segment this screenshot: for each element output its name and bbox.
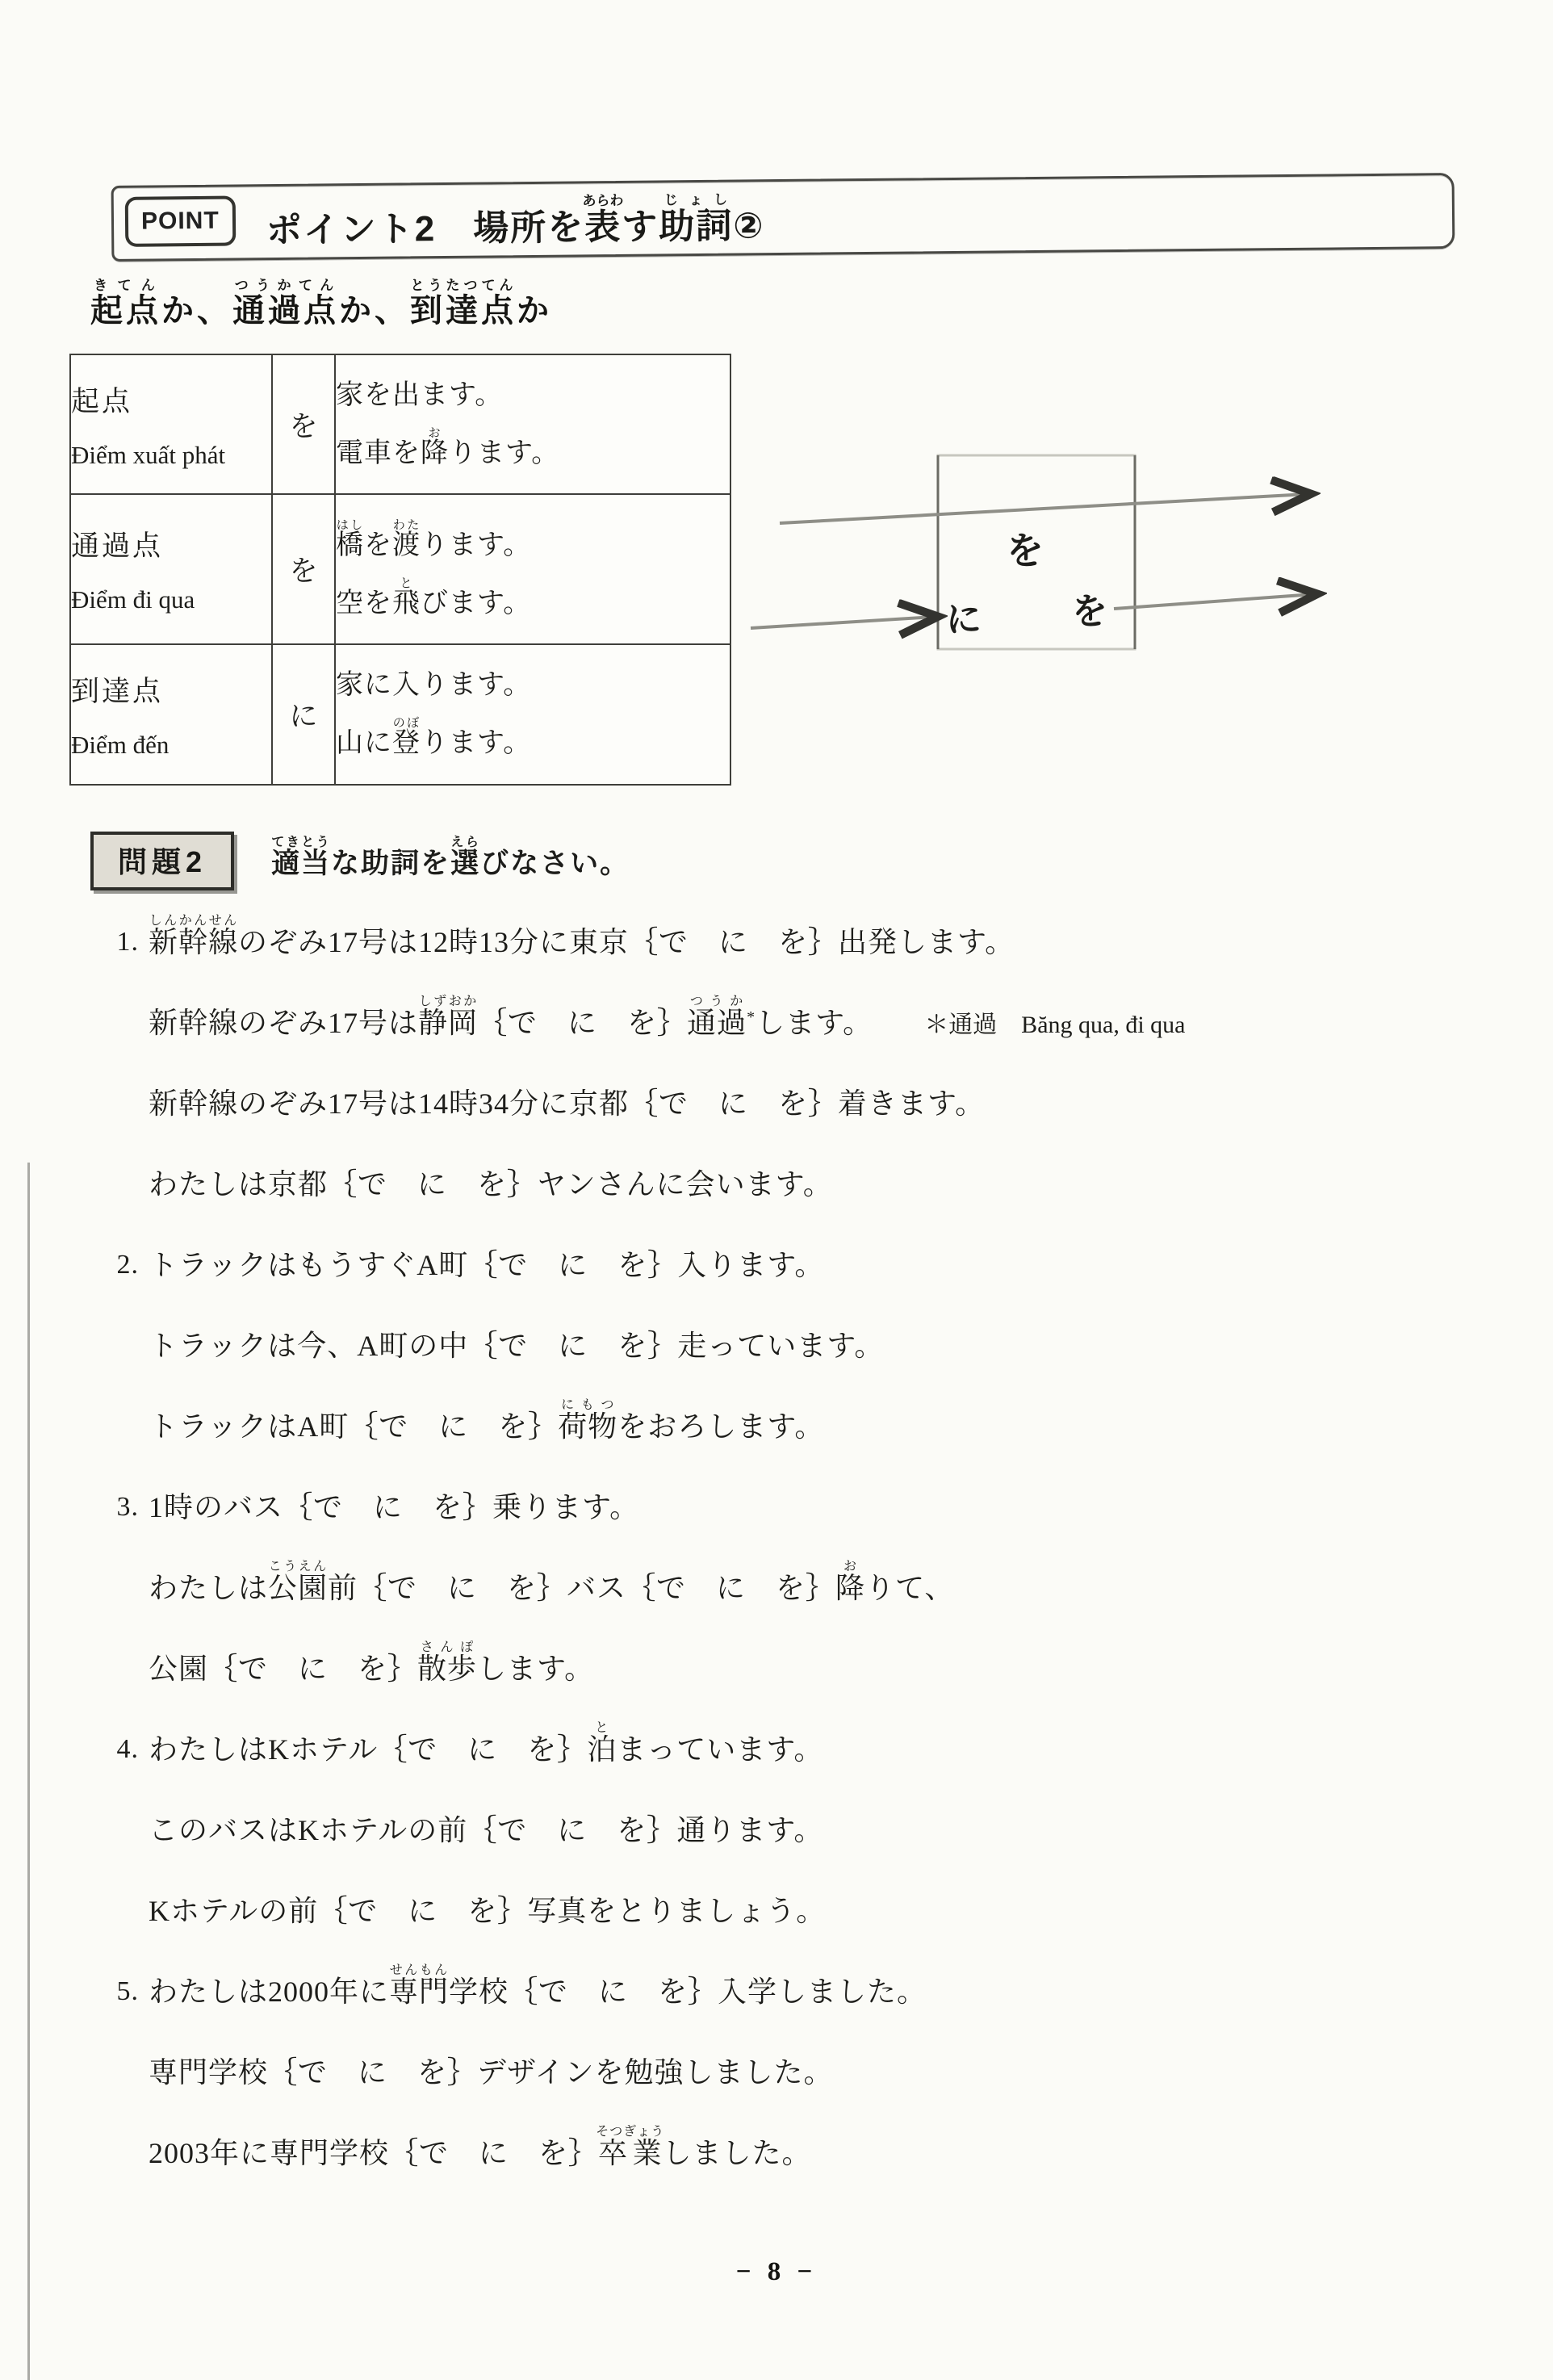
exercise-lines: わたしはKホテル｛で に を｝泊とまっています。このバスはKホテルの前｛で に … <box>149 1713 1522 1955</box>
exercise-item: 4.わたしはKホテル｛で に を｝泊とまっています。このバスはKホテルの前｛で … <box>77 1713 1522 1955</box>
direction-diagram: を に を <box>744 444 1358 678</box>
exercise-item: 3.1時のバス｛で に を｝乗ります。わたしは公園こうえん前｛で に を｝バス｛… <box>77 1471 1522 1713</box>
depart-arrow <box>1114 594 1314 609</box>
particle-table: 起点Điểm xuất phátを家を出ます。電車を降おります。通過点Điểm … <box>69 354 731 786</box>
exercise-line: 公園｛で に を｝散歩さんぽします。 <box>149 1632 1522 1692</box>
problem2-header: 問題2 適当てきとうな助詞を選えらびなさい。 <box>90 832 630 890</box>
particle-table-body: 起点Điểm xuất phátを家を出ます。電車を降おります。通過点Điểm … <box>70 354 730 785</box>
point-header: POINT ポイント2 場所を表あらわす助詞じょし② <box>111 173 1455 262</box>
exercise-item: 2.トラックはもうすぐA町｛で に を｝入ります。トラックは今、A町の中｛で に… <box>77 1229 1522 1471</box>
intro-line: 起点きてんか、通過点つうかてんか、到達点とうたつてんか <box>90 278 552 327</box>
page-number: − 8 − <box>0 2257 1553 2287</box>
page: POINT ポイント2 場所を表あらわす助詞じょし② 起点きてんか、通過点つうか… <box>0 0 1553 2380</box>
example-sentence: 電車を降おります。 <box>336 427 730 469</box>
depart-particle-label: を <box>1072 592 1107 631</box>
translation-note: ＊通過 Băng qua, đi qua <box>924 1012 1185 1038</box>
exercise-number: 1. <box>77 906 149 1229</box>
exercise-item: 5.わたしは2000年に専門せんもん学校｛で に を｝入学しました。専門学校｛で… <box>77 1955 1522 2198</box>
problem2-badge: 問題2 <box>90 832 234 890</box>
table-diagram-section: 起点Điểm xuất phátを家を出ます。電車を降おります。通過点Điểm … <box>69 354 1358 786</box>
term-vietnamese: Điểm đến <box>71 731 271 760</box>
exercise-line: このバスはKホテルの前｛で に を｝通ります。 <box>149 1794 1522 1854</box>
exercise-lines: トラックはもうすぐA町｛で に を｝入ります。トラックは今、A町の中｛で に を… <box>149 1229 1522 1471</box>
examples-cell: 橋はしを渡わたります。空を飛とびます。 <box>335 494 730 644</box>
exercise-line: わたしは2000年に専門せんもん学校｛で に を｝入学しました。 <box>149 1955 1522 2015</box>
term-vietnamese: Điểm đi qua <box>71 585 271 614</box>
example-sentence: 橋はしを渡わたります。 <box>336 519 730 561</box>
particle-cell: を <box>272 494 335 644</box>
pass-particle-label: を <box>1007 530 1044 572</box>
example-sentence: 家を出ます。 <box>336 379 730 411</box>
exercise-line: 新幹線のぞみ17号は静岡しずおか｛で に を｝通過つうか*します。＊通過 Băn… <box>149 987 1522 1046</box>
examples-cell: 家を出ます。電車を降おります。 <box>335 354 730 494</box>
exercise-line: 新幹線のぞみ17号は14時34分に京都｛で に を｝着きます。 <box>149 1067 1522 1127</box>
point-title: ポイント2 場所を表あらわす助詞じょし② <box>266 191 764 249</box>
arrive-particle-label: に <box>946 600 982 639</box>
exercise-number: 3. <box>77 1471 149 1713</box>
term-japanese: 起点 <box>71 379 271 420</box>
exercise-line: 2003年に専門学校｛で に を｝卒業そつぎょうしました。 <box>149 2117 1522 2177</box>
point-badge: POINT <box>125 196 236 247</box>
exercise-line: わたしはKホテル｛で に を｝泊とまっています。 <box>149 1713 1522 1773</box>
table-row: 通過点Điểm đi quaを橋はしを渡わたります。空を飛とびます。 <box>70 494 730 644</box>
example-sentence: 空を飛とびます。 <box>336 577 730 619</box>
exercise-line: わたしは京都｛で に を｝ヤンさんに会います。 <box>149 1148 1522 1208</box>
exercise-line: 新幹線しんかんせんのぞみ17号は12時13分に東京｛で に を｝出発します。 <box>149 906 1522 966</box>
term-cell: 通過点Điểm đi qua <box>70 494 272 644</box>
problem2-instruction: 適当てきとうな助詞を選えらびなさい。 <box>271 836 630 878</box>
term-cell: 起点Điểm xuất phát <box>70 354 272 494</box>
exercise-lines: わたしは2000年に専門せんもん学校｛で に を｝入学しました。専門学校｛で に… <box>149 1955 1522 2198</box>
exercise-line: トラックはもうすぐA町｛で に を｝入ります。 <box>149 1229 1522 1288</box>
arrive-arrow <box>751 617 935 628</box>
exercise-number: 2. <box>77 1229 149 1471</box>
examples-cell: 家に入ります。山に登のぼります。 <box>335 644 730 784</box>
table-row: 起点Điểm xuất phátを家を出ます。電車を降おります。 <box>70 354 730 494</box>
exercise-line: 専門学校｛で に を｝デザインを勉強しました。 <box>149 2036 1522 2096</box>
exercise-number: 5. <box>77 1955 149 2198</box>
exercise-line: 1時のバス｛で に を｝乗ります。 <box>149 1471 1522 1531</box>
pass-through-arrow <box>780 494 1308 523</box>
term-japanese: 到達点 <box>71 669 271 710</box>
scan-edge-artifact <box>27 1163 30 2380</box>
exercise-lines: 1時のバス｛で に を｝乗ります。わたしは公園こうえん前｛で に を｝バス｛で … <box>149 1471 1522 1713</box>
exercise-number: 4. <box>77 1713 149 1955</box>
exercise-line: トラックはA町｛で に を｝荷物にもつをおろします。 <box>149 1390 1522 1450</box>
table-row: 到達点Điểm đếnに家に入ります。山に登のぼります。 <box>70 644 730 784</box>
exercise-line: トラックは今、A町の中｛で に を｝走っています。 <box>149 1309 1522 1369</box>
exercise-line: Kホテルの前｛で に を｝写真をとりましょう。 <box>149 1875 1522 1934</box>
exercise-line: わたしは公園こうえん前｛で に を｝バス｛で に を｝降おりて、 <box>149 1552 1522 1611</box>
example-sentence: 山に登のぼります。 <box>336 717 730 759</box>
term-japanese: 通過点 <box>71 524 271 564</box>
exercise-lines: 新幹線しんかんせんのぞみ17号は12時13分に東京｛で に を｝出発します。新幹… <box>149 906 1522 1229</box>
term-vietnamese: Điểm xuất phát <box>71 441 271 470</box>
term-cell: 到達点Điểm đến <box>70 644 272 784</box>
particle-cell: に <box>272 644 335 784</box>
particle-cell: を <box>272 354 335 494</box>
example-sentence: 家に入ります。 <box>336 669 730 701</box>
exercise-list: 1.新幹線しんかんせんのぞみ17号は12時13分に東京｛で に を｝出発します。… <box>77 906 1522 2198</box>
exercise-item: 1.新幹線しんかんせんのぞみ17号は12時13分に東京｛で に を｝出発します。… <box>77 906 1522 1229</box>
